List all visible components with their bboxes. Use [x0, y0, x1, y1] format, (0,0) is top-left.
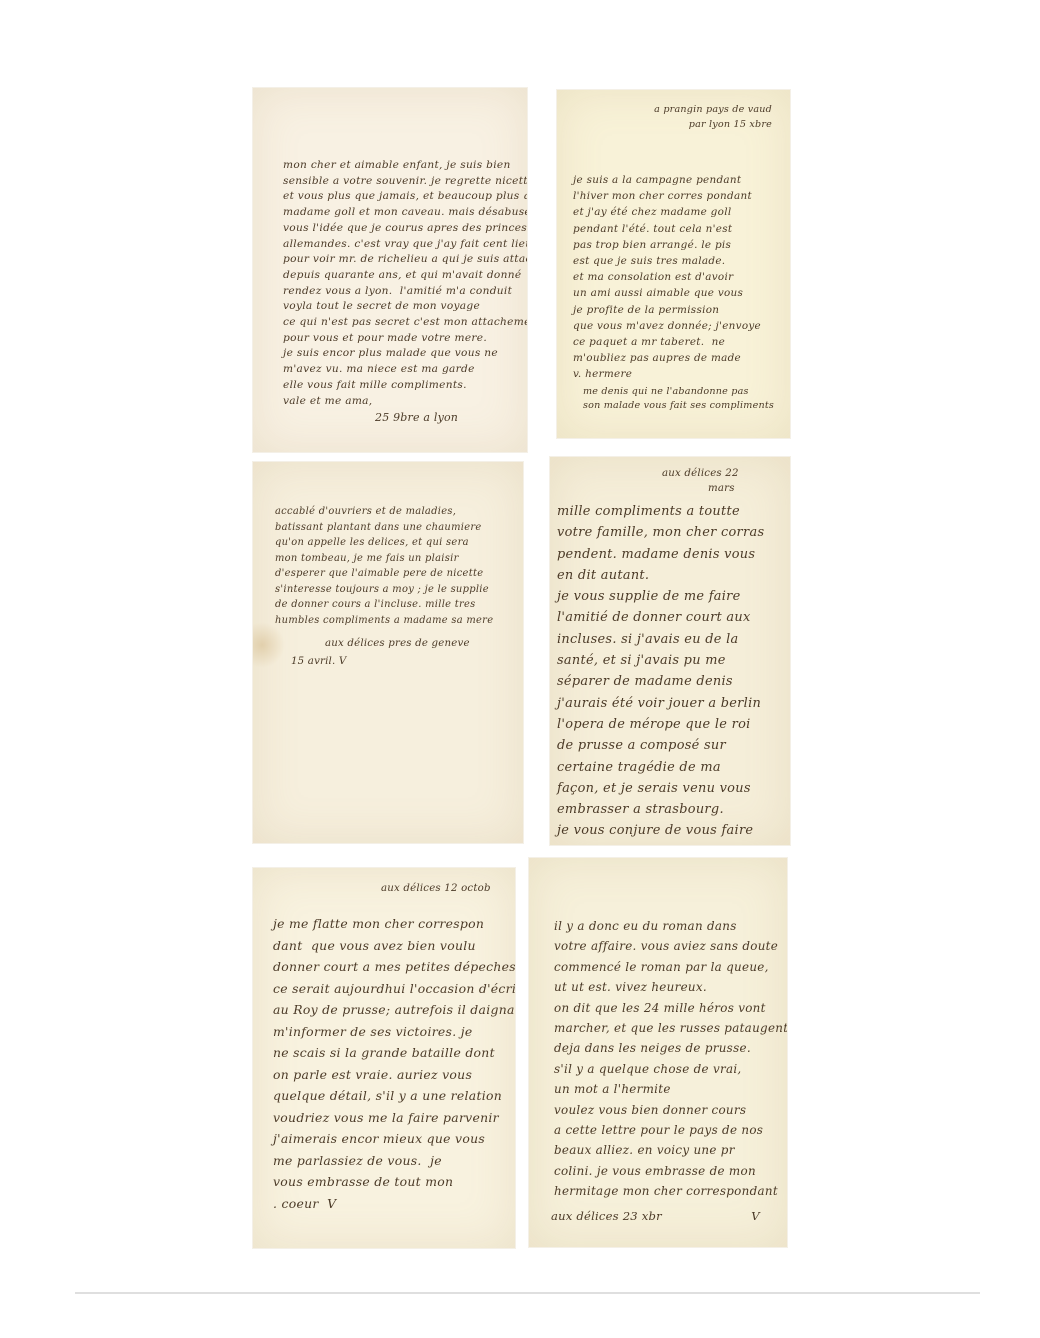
letter-4-dateline: aux délices 22mars — [550, 457, 790, 496]
handwriting-line: l'amitié de donner court aux — [557, 607, 788, 628]
letter-page-2: a prangin pays de vaudpar lyon 15 xbre j… — [557, 90, 790, 438]
handwriting-line: pas trop bien arrangé. le pis — [573, 237, 786, 253]
handwriting-line: on dit que les 24 mille héros vont — [554, 998, 785, 1018]
letter-1-body: mon cher et aimable enfant, je suis bien… — [253, 88, 527, 409]
handwriting-line: marcher, et que les russes pataugent — [554, 1018, 785, 1038]
handwriting-line: embrasser a strasbourg. — [557, 799, 788, 820]
letter-2-body: je suis a la campagne pendantl'hiver mon… — [557, 132, 790, 383]
letter-page-3: accablé d'ouvriers et de maladies,batiss… — [253, 462, 523, 843]
handwriting-line: je me flatte mon cher correspon — [273, 913, 513, 935]
handwriting-line: certaine tragédie de ma — [557, 757, 788, 778]
handwriting-line: j'aurais été voir jouer a berlin — [557, 693, 788, 714]
letter-6-closing: aux délices 23 xbr V — [529, 1202, 787, 1225]
letter-page-4: aux délices 22mars mille compliments a t… — [550, 457, 790, 845]
handwriting-line: m'avez vu. ma niece est ma garde — [283, 362, 519, 378]
handwriting-line: vale et me ama, — [283, 394, 519, 410]
handwriting-line: 25 9bre a lyon — [375, 410, 527, 426]
handwriting-line: voudriez vous me la faire parvenir — [273, 1107, 513, 1129]
handwriting-line: je vous supplie de me faire — [557, 586, 788, 607]
letter-2-closing: me denis qui ne l'abandonne passon malad… — [557, 383, 790, 414]
handwriting-line: et vous plus que jamais, et beaucoup plu… — [283, 189, 519, 205]
handwriting-line: m'informer de ses victoires. je — [273, 1021, 513, 1043]
handwriting-line: aux délices pres de geneve — [325, 635, 523, 653]
handwriting-line: me parlassiez de vous. je — [273, 1150, 513, 1172]
letter-4-body: mille compliments a touttevotre famille,… — [550, 496, 790, 842]
handwriting-line: deja dans les neiges de prusse. — [554, 1038, 785, 1058]
handwriting-line: 15 avril. V — [291, 653, 523, 671]
handwriting-line: ce paquet a mr taberet. ne — [573, 334, 786, 350]
handwriting-line: donner court a mes petites dépeches — [273, 956, 513, 978]
handwriting-line: m'oubliez pas aupres de made — [573, 350, 786, 366]
handwriting-line: s'interesse toujours a moy ; je le suppl… — [275, 582, 515, 598]
handwriting-line: séparer de madame denis — [557, 671, 788, 692]
handwriting-line: je profite de la permission — [573, 302, 786, 318]
handwriting-line: mille compliments a toutte — [557, 501, 788, 522]
handwriting-line: de donner cours a l'incluse. mille tres — [275, 597, 515, 613]
handwriting-line: et j'ay été chez madame goll — [573, 204, 786, 220]
handwriting-line: aux délices 22 — [662, 467, 790, 482]
handwriting-line: il y a donc eu du roman dans — [554, 916, 785, 936]
handwriting-line: pendent. madame denis vous — [557, 544, 788, 565]
handwriting-line: l'hiver mon cher corres pondant — [573, 188, 786, 204]
handwriting-line: beaux alliez. en voicy une pr — [554, 1140, 785, 1160]
handwriting-line: mon cher et aimable enfant, je suis bien — [283, 158, 519, 174]
handwriting-line: son malade vous fait ses compliments — [583, 399, 790, 414]
handwriting-line: que vous m'avez donnée; j'envoye — [573, 318, 786, 334]
handwriting-line: je vous conjure de vous faire — [557, 820, 788, 841]
handwriting-line: et ma consolation est d'avoir — [573, 269, 786, 285]
handwriting-line: ut ut est. vivez heureux. — [554, 977, 785, 997]
handwriting-line: mon tombeau, je me fais un plaisir — [275, 551, 515, 567]
handwriting-line: humbles compliments a madame sa mere — [275, 613, 515, 629]
handwriting-line: pour vous et pour made votre mere. — [283, 331, 519, 347]
handwriting-line: votre affaire. vous aviez sans doute — [554, 936, 785, 956]
handwriting-line: rendez vous a lyon. l'amitié m'a conduit — [283, 284, 519, 300]
handwriting-line: v. hermere — [573, 366, 786, 382]
handwriting-line: allemandes. c'est vray que j'ay fait cen… — [283, 237, 519, 253]
handwriting-line: colini. je vous embrasse de mon — [554, 1161, 785, 1181]
handwriting-line: incluses. si j'avais eu de la — [557, 629, 788, 650]
handwriting-line: d'esperer que l'aimable pere de nicette — [275, 566, 515, 582]
handwriting-line: j'aimerais encor mieux que vous — [273, 1128, 513, 1150]
handwriting-line: quelque détail, s'il y a une relation — [273, 1085, 513, 1107]
handwriting-line: depuis quarante ans, et qui m'avait donn… — [283, 268, 519, 284]
handwriting-line: par lyon 15 xbre — [557, 118, 772, 133]
handwriting-line: batissant plantant dans une chaumiere — [275, 520, 515, 536]
letter-page-5: aux délices 12 octob je me flatte mon ch… — [253, 868, 515, 1248]
handwriting-line: a prangin pays de vaud — [557, 103, 772, 118]
manuscript-scan-grid: mon cher et aimable enfant, je suis bien… — [0, 0, 1040, 1338]
handwriting-line: l'opera de mérope que le roi — [557, 714, 788, 735]
handwriting-line: mars — [662, 482, 790, 497]
letter-6-body: il y a donc eu du roman dansvotre affair… — [529, 858, 787, 1202]
handwriting-line: qu'on appelle les delices, et qui sera — [275, 535, 515, 551]
handwriting-line: . coeur V — [273, 1193, 513, 1215]
handwriting-line: accablé d'ouvriers et de maladies, — [275, 504, 515, 520]
letter-3-body: accablé d'ouvriers et de maladies,batiss… — [253, 462, 523, 628]
handwriting-line: santé, et si j'avais pu me — [557, 650, 788, 671]
handwriting-line: vous embrasse de tout mon — [273, 1171, 513, 1193]
handwriting-line: votre famille, mon cher corras — [557, 522, 788, 543]
letter-page-1: mon cher et aimable enfant, je suis bien… — [253, 88, 527, 452]
handwriting-line: pendant l'été. tout cela n'est — [573, 221, 786, 237]
letter-page-6: il y a donc eu du roman dansvotre affair… — [529, 858, 787, 1247]
handwriting-line: elle vous fait mille compliments. — [283, 378, 519, 394]
handwriting-line: madame goll et mon caveau. mais désabuse… — [283, 205, 519, 221]
handwriting-line: en dit autant. — [557, 565, 788, 586]
handwriting-line: un mot a l'hermite — [554, 1079, 785, 1099]
handwriting-line: vous l'idée que je courus apres des prin… — [283, 221, 519, 237]
handwriting-line: est que je suis tres malade. — [573, 253, 786, 269]
letter-3-closing: aux délices pres de geneve15 avril. V — [253, 628, 523, 670]
handwriting-line: ce serait aujourdhui l'occasion d'écrire — [273, 978, 513, 1000]
handwriting-line: je suis encor plus malade que vous ne — [283, 346, 519, 362]
handwriting-line: de prusse a composé sur — [557, 735, 788, 756]
handwriting-line: aux délices 23 xbr V — [551, 1207, 787, 1225]
handwriting-line: pour voir mr. de richelieu a qui je suis… — [283, 252, 519, 268]
handwriting-line: me denis qui ne l'abandonne pas — [583, 385, 790, 400]
handwriting-line: commencé le roman par la queue, — [554, 957, 785, 977]
letter-2-dateline: a prangin pays de vaudpar lyon 15 xbre — [557, 90, 790, 132]
handwriting-line: aux délices 12 octob — [381, 882, 515, 896]
handwriting-line: façon, et je serais venu vous — [557, 778, 788, 799]
letter-5-dateline: aux délices 12 octob — [253, 868, 515, 896]
handwriting-line: ne scais si la grande bataille dont — [273, 1042, 513, 1064]
handwriting-line: au Roy de prusse; autrefois il daignait — [273, 999, 513, 1021]
handwriting-line: dant que vous avez bien voulu — [273, 935, 513, 957]
handwriting-line: je suis a la campagne pendant — [573, 172, 786, 188]
handwriting-line: a cette lettre pour le pays de nos — [554, 1120, 785, 1140]
letter-5-body: je me flatte mon cher correspondant que … — [253, 896, 515, 1214]
handwriting-line: sensible a votre souvenir. je regrette n… — [283, 174, 519, 190]
footer-divider — [75, 1292, 980, 1294]
handwriting-line: un ami aussi aimable que vous — [573, 285, 786, 301]
handwriting-line: voulez vous bien donner cours — [554, 1100, 785, 1120]
handwriting-line: on parle est vraie. auriez vous — [273, 1064, 513, 1086]
handwriting-line: ce qui n'est pas secret c'est mon attach… — [283, 315, 519, 331]
letter-1-closing: 25 9bre a lyon — [253, 409, 527, 426]
handwriting-line: voyla tout le secret de mon voyage — [283, 299, 519, 315]
handwriting-line: hermitage mon cher correspondant — [554, 1181, 785, 1201]
page-background: { "document": { "ink_color": "#4b3a27", … — [0, 0, 1040, 1338]
handwriting-line: s'il y a quelque chose de vrai, — [554, 1059, 785, 1079]
